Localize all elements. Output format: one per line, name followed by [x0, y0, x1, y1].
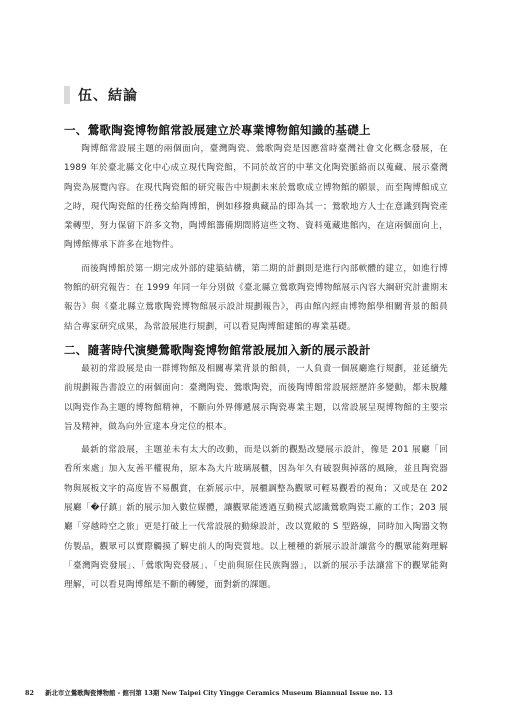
section-2-paragraph-1: 最初的常設展是由一群博物館及相關專業背景的館員，一人負責一個展廳進行規劃，並延續…	[64, 360, 448, 437]
chapter-heading: 伍、結論	[64, 84, 138, 106]
section-1-paragraph-2: 而後陶博館於第一期完成外部的建築結構，第二期的計劃則是進行內部軟體的建立，如進行…	[64, 260, 448, 337]
publication-info: 新北市立鶯歌陶瓷博物館 - 館刊第 13期 New Taipei City Yi…	[45, 689, 393, 697]
section-heading-1: 一、鶯歌陶瓷博物館常設展建立於專業博物館知識的基礎上	[64, 121, 448, 139]
section-2-paragraph-2: 最新的常設展，主題並未有太大的改動，而是以新的觀點改變展示設計，像是 201 展…	[64, 441, 448, 595]
heading-marker	[64, 86, 70, 104]
section-1-paragraph-1: 陶博館常設展主題的兩個面向，臺灣陶瓷、鶯歌陶瓷是因應當時臺灣社會文化概念發展，在…	[64, 140, 448, 256]
document-page: 伍、結論 一、鶯歌陶瓷博物館常設展建立於專業博物館知識的基礎上 陶博館常設展主題…	[0, 0, 512, 724]
body-content: 一、鶯歌陶瓷博物館常設展建立於專業博物館知識的基礎上 陶博館常設展主題的兩個面向…	[64, 121, 448, 600]
section-heading-2: 二、隨著時代演變鶯歌陶瓷博物館常設展加入新的展示設計	[64, 341, 448, 359]
page-footer: 82 新北市立鶯歌陶瓷博物館 - 館刊第 13期 New Taipei City…	[25, 688, 393, 697]
chapter-title: 伍、結論	[78, 85, 138, 105]
page-number: 82	[25, 689, 34, 697]
